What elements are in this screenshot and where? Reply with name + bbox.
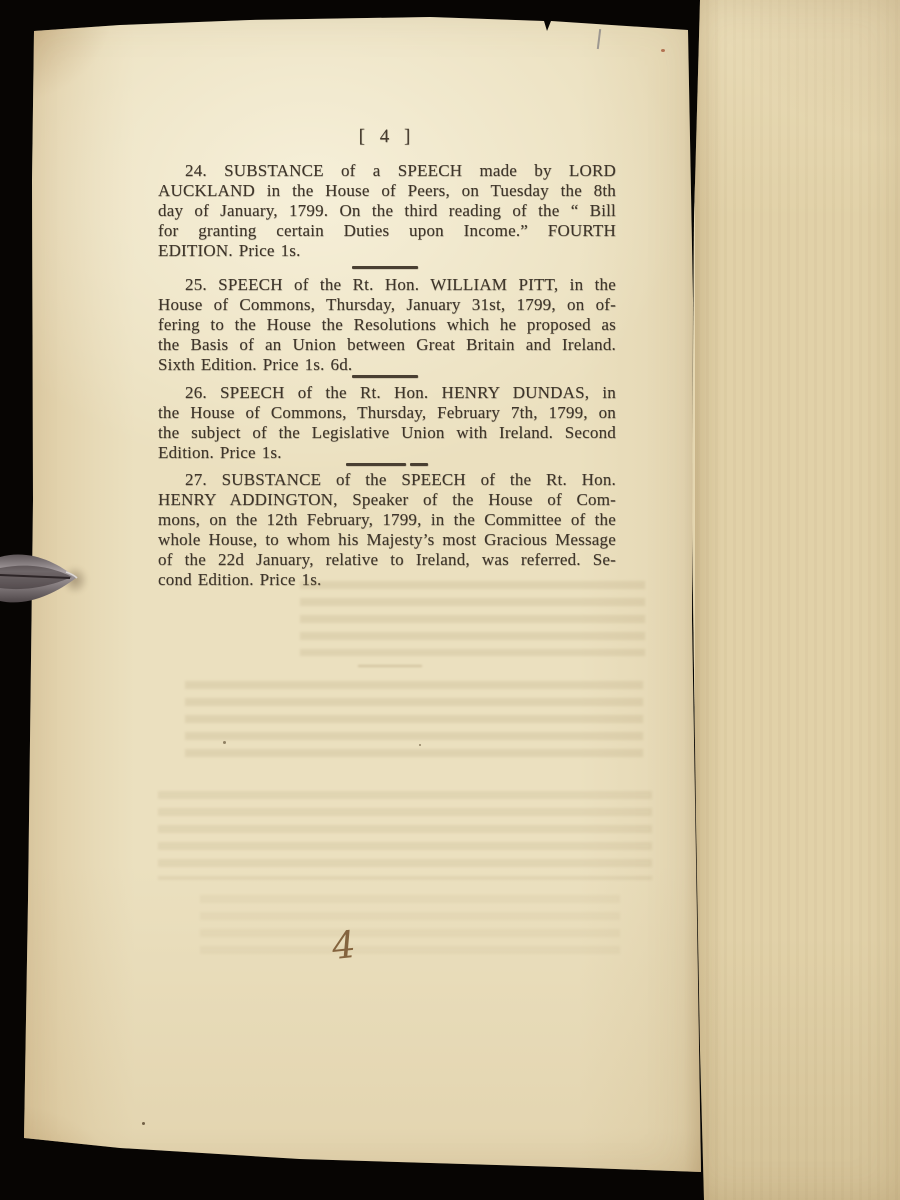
paper-fiber bbox=[597, 29, 601, 49]
section-divider bbox=[352, 266, 418, 269]
section-divider bbox=[346, 463, 406, 466]
text-line: 27. SUBSTANCE of the SPEECH of the Rt. H… bbox=[158, 470, 616, 490]
text-line: for granting certain Duties upon Income.… bbox=[158, 221, 616, 241]
text-line: 24. SUBSTANCE of a SPEECH made by LORD bbox=[158, 161, 616, 181]
paper-speck bbox=[661, 49, 665, 52]
text-line: cond Edition. Price 1s. bbox=[158, 570, 616, 590]
text-line: the House of Commons, Thursday, February… bbox=[158, 403, 616, 423]
paper-speck bbox=[419, 744, 421, 746]
text-line: EDITION. Price 1s. bbox=[158, 241, 616, 261]
text-line: House of Commons, Thursday, January 31st… bbox=[158, 295, 616, 315]
handwritten-page-number: 4 bbox=[330, 923, 358, 968]
text-line: the Basis of an Union between Great Brit… bbox=[158, 335, 616, 355]
right-leaf-edge bbox=[688, 0, 900, 1200]
text-line: the subject of the Legislative Union wit… bbox=[158, 423, 616, 443]
catalog-entry-27: 27. SUBSTANCE of the SPEECH of the Rt. H… bbox=[158, 470, 616, 590]
section-divider bbox=[352, 375, 418, 378]
catalog-entry-24: 24. SUBSTANCE of a SPEECH made by LORDAU… bbox=[158, 161, 616, 261]
paper-speck bbox=[142, 1122, 145, 1125]
page-bleedthrough bbox=[358, 665, 422, 667]
text-line: whole House, to whom his Majesty’s most … bbox=[158, 530, 616, 550]
page-bleedthrough bbox=[158, 788, 652, 880]
text-line: mons, on the 12th February, 1799, in the… bbox=[158, 510, 616, 530]
page-number-header: [ 4 ] bbox=[158, 126, 616, 148]
pen-nib-icon bbox=[0, 548, 82, 610]
book-photograph: [ 4 ] 24. SUBSTANCE of a SPEECH made by … bbox=[0, 0, 900, 1200]
book-page: [ 4 ] 24. SUBSTANCE of a SPEECH made by … bbox=[0, 0, 705, 1200]
text-line: Sixth Edition. Price 1s. 6d. bbox=[158, 355, 616, 375]
catalog-entry-26: 26. SPEECH of the Rt. Hon. HENRY DUNDAS,… bbox=[158, 383, 616, 463]
page-bleedthrough bbox=[200, 892, 620, 958]
text-line: day of January, 1799. On the third readi… bbox=[158, 201, 616, 221]
text-line: Edition. Price 1s. bbox=[158, 443, 616, 463]
paper-speck bbox=[223, 741, 226, 744]
page-bleedthrough bbox=[185, 678, 643, 764]
section-divider bbox=[410, 463, 428, 466]
text-line: of the 22d January, relative to Ireland,… bbox=[158, 550, 616, 570]
text-line: AUCKLAND in the House of Peers, on Tuesd… bbox=[158, 181, 616, 201]
text-line: 25. SPEECH of the Rt. Hon. WILLIAM PITT,… bbox=[158, 275, 616, 295]
text-line: HENRY ADDINGTON, Speaker of the House of… bbox=[158, 490, 616, 510]
catalog-entry-25: 25. SPEECH of the Rt. Hon. WILLIAM PITT,… bbox=[158, 275, 616, 375]
text-line: 26. SPEECH of the Rt. Hon. HENRY DUNDAS,… bbox=[158, 383, 616, 403]
text-line: fering to the House the Resolutions whic… bbox=[158, 315, 616, 335]
